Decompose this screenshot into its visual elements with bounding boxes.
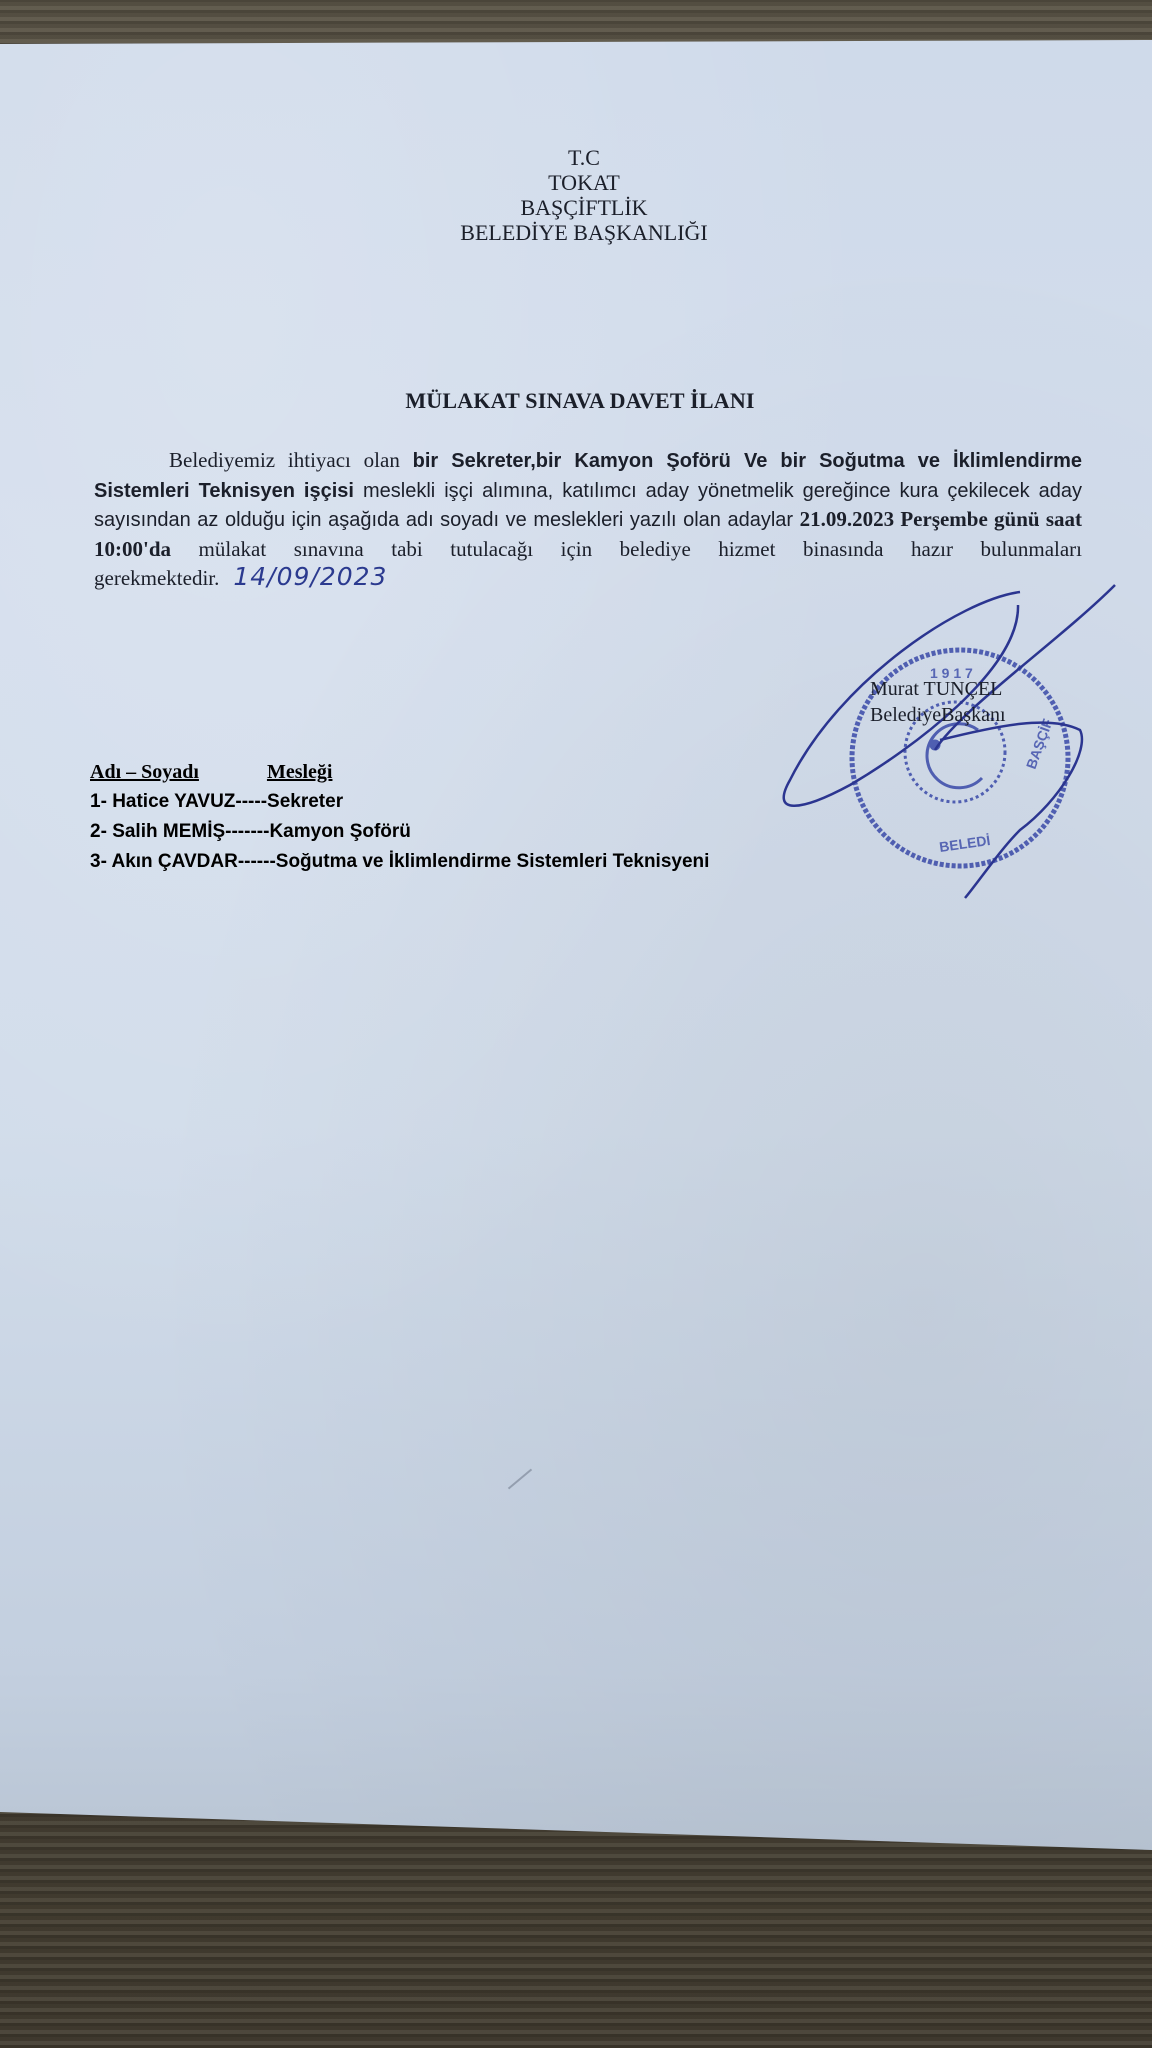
candidate-occupation: Sekreter: [267, 791, 343, 812]
candidate-name: Hatice YAVUZ: [112, 791, 235, 812]
candidate-occupation: Soğutma ve İklimlendirme Sistemleri Tekn…: [276, 851, 710, 872]
candidate-separator: -------: [225, 821, 269, 842]
letterhead-line-district: BAŞÇİFTLİK: [0, 195, 1152, 220]
candidate-list: Adı – SoyadıMesleği 1- Hatice YAVUZ-----…: [90, 757, 709, 877]
signatory-block: Murat TUNÇEL BelediyeBaşkanı: [870, 676, 1006, 728]
paper-sheet: [0, 40, 1152, 1850]
candidate-row: 1- Hatice YAVUZ-----Sekreter: [90, 787, 709, 817]
signatory-name: Murat TUNÇEL: [870, 676, 1006, 702]
candidate-number: 1-: [90, 791, 107, 812]
letterhead-line-tc: T.C: [0, 145, 1152, 170]
candidate-row: 2- Salih MEMİŞ-------Kamyon Şoförü: [90, 817, 709, 847]
column-name: Adı – Soyadı: [90, 761, 199, 783]
candidate-name: Akın ÇAVDAR: [111, 851, 237, 872]
body-text-intro: Belediyemiz ihtiyacı olan: [169, 448, 413, 472]
candidate-number: 3-: [90, 851, 107, 872]
letterhead: T.C TOKAT BAŞÇİFTLİK BELEDİYE BAŞKANLIĞI: [0, 145, 1152, 245]
announcement-body: Belediyemiz ihtiyacı olan bir Sekreter,b…: [94, 446, 1082, 593]
candidate-number: 2-: [90, 821, 107, 842]
letterhead-line-municipality: BELEDİYE BAŞKANLIĞI: [0, 220, 1152, 245]
signatory-title: BelediyeBaşkanı: [870, 702, 1006, 728]
candidate-separator: ------: [238, 851, 276, 872]
column-occupation: Mesleği: [267, 761, 333, 783]
paper-lighting: [0, 40, 1152, 1850]
candidate-occupation: Kamyon Şoförü: [269, 821, 410, 842]
document-title: MÜLAKAT SINAVA DAVET İLANI: [0, 388, 1152, 414]
candidate-separator: -----: [235, 791, 267, 812]
candidate-name: Salih MEMİŞ: [112, 821, 225, 842]
candidate-row: 3- Akın ÇAVDAR------Soğutma ve İklimlend…: [90, 847, 709, 877]
handwritten-date: 14/09/2023: [233, 562, 387, 591]
candidate-list-header: Adı – SoyadıMesleği: [90, 757, 709, 787]
letterhead-line-province: TOKAT: [0, 170, 1152, 195]
